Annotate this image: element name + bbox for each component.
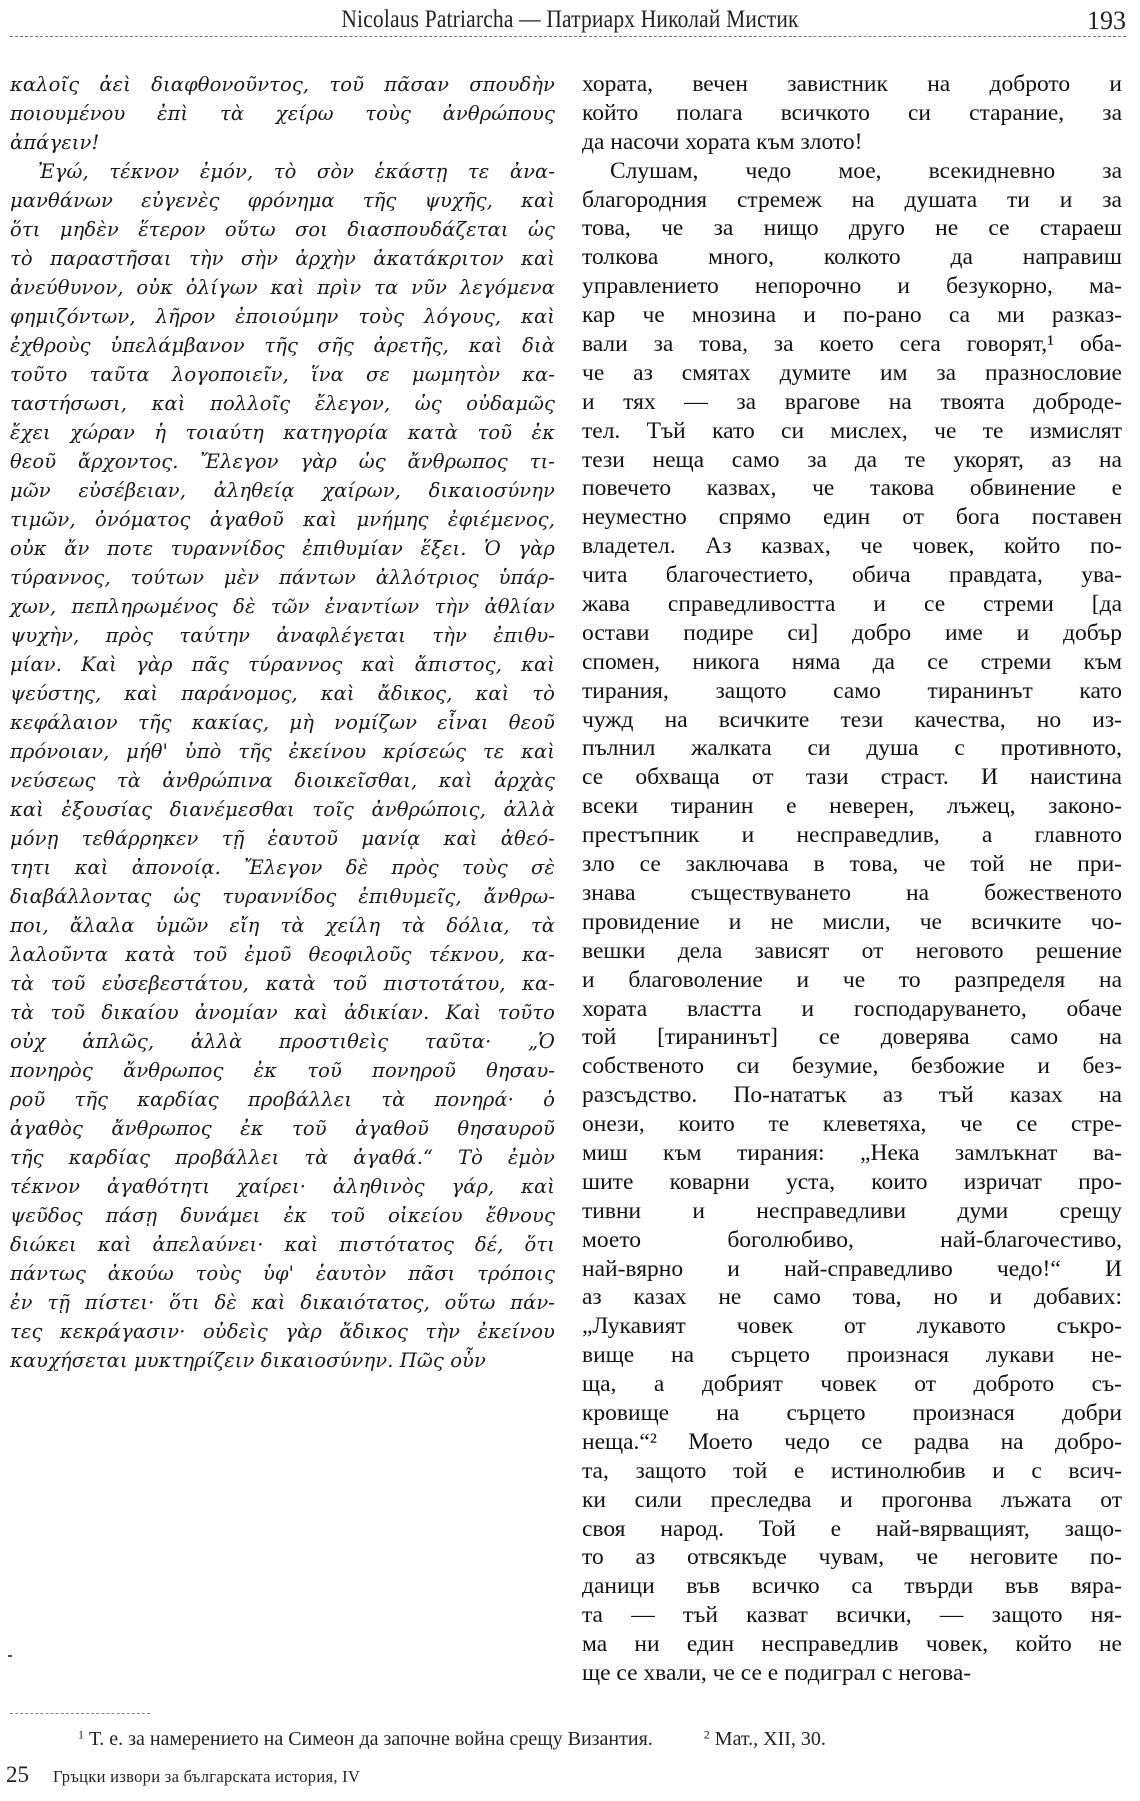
text-line: ще се хвали, че се е подиграл с негова- — [582, 1659, 1122, 1688]
text-line: неуместно спрямо един от бога поставен — [582, 503, 1122, 532]
running-head: Nicolaus Patriarcha — Патриарх Николай М… — [0, 6, 1140, 36]
text-line: ψυχὴν, πρὸς ταύτην ἀναφλέγεται τὴν ἐπιθυ… — [10, 621, 555, 650]
footnote-text: Т. е. за намерението на Симеон да започн… — [89, 1728, 653, 1750]
text-line: толкова много, колкото да направиш — [582, 243, 1122, 272]
text-line: и тях — за врагове на твоята доброде- — [582, 388, 1122, 417]
text-line: всеки тиранин е неверен, лъжец, законо- — [582, 792, 1122, 821]
text-line: даници във всичко са твърди във вяра- — [582, 1572, 1122, 1601]
text-line: спомен, никога няма да се стреми към — [582, 648, 1122, 677]
text-line: μανθάνων εὐγενὲς φρόνημα τῆς ψυχῆς, καὶ — [10, 186, 555, 215]
text-line: тирания, защото само тиранинът като — [582, 677, 1122, 706]
text-line: тел. Тъй като си мислех, че те измислят — [582, 417, 1122, 446]
text-line: τοῦτο ταῦτα λογοποιεῖν, ἵνα σε μωμητὸν κ… — [10, 360, 555, 389]
text-line: хората, вечен завистник на доброто и — [582, 70, 1122, 99]
header-rule — [10, 36, 1126, 37]
text-line: зло се заключава в това, че той не при- — [582, 850, 1122, 879]
footnote-text: Мат., XII, 30. — [715, 1728, 826, 1750]
text-line: ποι, ἄλαλα ὑμῶν εἴη τὰ χείλη τὰ δόλια, τ… — [10, 911, 555, 940]
text-line: жава справедливостта и се стреми [да — [582, 590, 1122, 619]
text-line: онези, които те клеветяха, че се стре- — [582, 1110, 1122, 1139]
text-line: ταστήσωσι, καὶ πολλοῖς ἔλεγον, ὡς οὐδαμῶ… — [10, 389, 555, 418]
footnote-2: 2 Мат., XII, 30. — [704, 1728, 826, 1750]
text-line: τέκνον ἀγαθότητι χαίρει· ἀληθινὸς γάρ, κ… — [10, 1172, 555, 1201]
text-line: та — тъй казват всички, — защото ня- — [582, 1601, 1122, 1630]
text-line: φημιζόντων, λῆρον ἐποιούμην τοὺς λόγους,… — [10, 302, 555, 331]
text-line: κεφάλαιον τῆς κακίας, μὴ νομίζων εἶναι θ… — [10, 708, 555, 737]
text-line: „Лукавият човек от лукавото съкро- — [582, 1312, 1122, 1341]
text-line: τητι καὶ ἀπονοίᾳ. Ἔλεγον δὲ πρὸς τοὺς σὲ — [10, 853, 555, 882]
text-line: τιμῶν, ὀνόματος ἀγαθοῦ καὶ μνήμης ἐφιέμε… — [10, 505, 555, 534]
text-line: καλοῖς ἀεὶ διαφθονοῦντος, τοῦ πᾶσαν σπου… — [10, 70, 555, 99]
text-line: τὸ παραστῆσαι τὴν σὴν ἀρχὴν ἀκατάκριτον … — [10, 244, 555, 273]
text-line: чужд на всичките тези качества, но из- — [582, 706, 1122, 735]
text-line: ὅτι μηδὲν ἕτερον οὕτω σοι διασπουδάζεται… — [10, 215, 555, 244]
text-line: то аз отвсякъде чувам, че неговите по- — [582, 1543, 1122, 1572]
text-line: διώκει καὶ ἀπελαύνει· καὶ πιστότατος δέ,… — [10, 1230, 555, 1259]
text-line: οὐχ ἁπλῶς, ἀλλὰ προστιθεὶς ταῦτα· „Ὁ — [10, 1027, 555, 1056]
text-line: ки сили преследва и прогонва лъжата от — [582, 1486, 1122, 1515]
text-line: който полага всичкото си старание, за — [582, 99, 1122, 128]
text-line: остави подире си] добро име и добър — [582, 619, 1122, 648]
text-line: ща, а добрият човек от доброто съ- — [582, 1370, 1122, 1399]
text-line: τες κεκράγασιν· οὐδεὶς γὰρ ἄδικος τὴν ἐκ… — [10, 1317, 555, 1346]
text-line: διαβάλλοντας ὡς τυραννίδος ἐπιθυμεῖς, ἄν… — [10, 882, 555, 911]
text-line: Слушам, чедо мое, всекидневно за — [582, 157, 1122, 186]
footnote-mark: 1 — [78, 1727, 84, 1741]
text-line: τὰ τοῦ δικαίου ἀνομίαν καὶ ἀδικίαν. Καὶ … — [10, 998, 555, 1027]
text-line: пълнил жалката си душа с противното, — [582, 734, 1122, 763]
running-title: Nicolaus Patriarcha — Патриарх Николай М… — [80, 6, 1060, 34]
text-line: Ἐγώ, τέκνον ἐμόν, τὸ σὸν ἑκάστῃ τε ἀνα- — [10, 157, 555, 186]
text-line: миш към тирания: „Нека замлъкнат ва- — [582, 1139, 1122, 1168]
text-line: че аз смятах думите им за празнословие — [582, 359, 1122, 388]
text-line: πάντως ἀκούω τοὺς ὑφ' ἑαυτὸν πᾶσι τρόποι… — [10, 1259, 555, 1288]
margin-mark — [8, 1655, 12, 1657]
text-line: μίαν. Καὶ γὰρ πᾶς τύραννος καὶ ἄπιστος, … — [10, 650, 555, 679]
text-line: се обхваща от тази страст. И наистина — [582, 763, 1122, 792]
text-line: неща.“² Моето чедо се радва на добро- — [582, 1428, 1122, 1457]
text-line: аз казах не само това, но и добавих: — [582, 1283, 1122, 1312]
text-line: τῆς καρδίας προβάλλει τὰ ἀγαθά.“ Τὸ ἐμὸν — [10, 1143, 555, 1172]
text-line: моето боголюбиво, най-благочестиво, — [582, 1226, 1122, 1255]
text-line: θεοῦ ἄρχοντος. Ἔλεγον γὰρ ὡς ἄνθρωπος τι… — [10, 447, 555, 476]
page-number: 193 — [1087, 6, 1126, 36]
text-line: най-вярно и най-справедливо чедо!“ И — [582, 1255, 1122, 1284]
text-line: ροῦ τῆς καρδίας προβάλλει τὰ πονηρά· ὁ — [10, 1085, 555, 1114]
text-line: разсъдство. По-нататък аз тъй казах на — [582, 1081, 1122, 1110]
text-line: οὐκ ἄν ποτε τυραννίδος ἐπιθυμίαν ἕξει. Ὁ… — [10, 534, 555, 563]
text-line: ἀγαθὸς ἄνθρωπος ἐκ τοῦ ἀγαθοῦ θησαυροῦ — [10, 1114, 555, 1143]
text-line: престъпник и несправедлив, а главното — [582, 821, 1122, 850]
footnote-rule — [10, 1713, 150, 1714]
text-line: собственото си безумие, безбожие и без- — [582, 1052, 1122, 1081]
greek-text-column: καλοῖς ἀεὶ διαφθονοῦντος, τοῦ πᾶσαν σπου… — [10, 70, 555, 1375]
text-line: νεύσεως τὰ ἀνθρώπινα διοικεῖσθαι, καὶ ἀρ… — [10, 766, 555, 795]
text-line: кровище на сърцето произнася добри — [582, 1399, 1122, 1428]
text-line: и благоволение и че то разпределя на — [582, 966, 1122, 995]
text-line: кар че мнозина и по-рано са ми разказ- — [582, 301, 1122, 330]
text-line: μῶν εὐσέβειαν, ἀληθείᾳ χαίρων, δικαιοσύν… — [10, 476, 555, 505]
text-line: μόνῃ τεθάρρηκεν τῇ ἑαυτοῦ μανίᾳ καὶ ἀθεό… — [10, 824, 555, 853]
text-line: ἐχθροὺς ὑπελάμβανον τῆς σῆς ἀρετῆς, καὶ … — [10, 331, 555, 360]
text-line: πονηρὸς ἄνθρωπος ἐκ τοῦ πονηροῦ θησαυ- — [10, 1056, 555, 1085]
text-line: той [тиранинът] се доверява само на — [582, 1023, 1122, 1052]
text-line: ψεύστης, καὶ παράνομος, καὶ ἄδικος, καὶ … — [10, 679, 555, 708]
text-line: вище на сърцето произнася лукави не- — [582, 1341, 1122, 1370]
text-line: тези неща само за да те укорят, аз на — [582, 446, 1122, 475]
text-line: владетел. Аз казвах, че човек, който по- — [582, 532, 1122, 561]
text-line: провидение и не мисли, че всичките чо- — [582, 908, 1122, 937]
text-line: благородния стремеж на душата ти и за — [582, 186, 1122, 215]
text-line: чита благочестието, обича правдата, ува- — [582, 561, 1122, 590]
text-line: шите коварни уста, които изричат про- — [582, 1168, 1122, 1197]
text-line: това, че за нищо друго не се стараеш — [582, 214, 1122, 243]
text-line: καυχήσεται μυκτηρίζειν δικαιοσύνην. Πῶς … — [10, 1346, 555, 1375]
text-line: тивни и несправедливи думи срещу — [582, 1197, 1122, 1226]
printer-signature: 25 Гръцки извори за българската история,… — [6, 1762, 360, 1788]
text-line: своя народ. Той е най-вярващият, защо- — [582, 1515, 1122, 1544]
text-line: ἔχει χώραν ἡ τοιαύτη κατηγορία κατὰ τοῦ … — [10, 418, 555, 447]
text-line: χων, πεπληρωμένος δὲ τῶν ἐναντίων τὴν ἀθ… — [10, 592, 555, 621]
footnote-mark: 2 — [704, 1727, 710, 1741]
footnote-1: 1 Т. е. за намерението на Симеон да запо… — [78, 1728, 653, 1750]
text-line: ἀνεύθυνον, οὐκ ὀλίγων καὶ πρὶν τα νῦν λε… — [10, 273, 555, 302]
text-line: ψεῦδος πάσῃ δυνάμει ἐκ τοῦ οἰκείου ἔθνου… — [10, 1201, 555, 1230]
text-line: ἐν τῇ πίστει· ὅτι δὲ καὶ δικαιότατος, οὕ… — [10, 1288, 555, 1317]
footnotes: 1 Т. е. за намерението на Симеон да запо… — [78, 1728, 1098, 1751]
text-line: да насочи хората към злото! — [582, 128, 1122, 157]
text-line: ἀπάγειν! — [10, 128, 555, 157]
text-line: повечето казвах, че такова обвинение е — [582, 474, 1122, 503]
text-line: вали за това, за което сега говорят,¹ об… — [582, 330, 1122, 359]
text-line: хората властта и господаруването, обаче — [582, 995, 1122, 1024]
text-line: ποιουμένου ἐπὶ τὰ χείρω τοὺς ἀνθρώπους — [10, 99, 555, 128]
text-line: λαλοῦντα κατὰ τοῦ ἐμοῦ θεοφιλοῦς τέκνου,… — [10, 940, 555, 969]
text-line: πρόνοιαν, μήθ' ὑπὸ τῆς ἐκείνου κρίσεώς τ… — [10, 737, 555, 766]
sheet-number: 25 — [6, 1762, 29, 1787]
bulgarian-translation-column: хората, вечен завистник на доброто икойт… — [582, 70, 1122, 1688]
text-line: вешки дела зависят от неговото решение — [582, 937, 1122, 966]
text-line: τὰ τοῦ εὐσεβεστάτου, κατὰ τοῦ πιστοτάτου… — [10, 969, 555, 998]
text-line: ма ни един несправедлив човек, който не — [582, 1630, 1122, 1659]
text-line: καὶ ἐξουσίας διανέμεσθαι τοῖς ἀνθρώποις,… — [10, 795, 555, 824]
text-line: управлението непорочно и безукорно, ма- — [582, 272, 1122, 301]
text-line: знава съществуването на божественото — [582, 879, 1122, 908]
text-line: τύραννος, τούτων μὲν πάντων ἀλλότριος ὑπ… — [10, 563, 555, 592]
series-title: Гръцки извори за българската история, IV — [53, 1767, 360, 1786]
text-line: та, защото той е истинолюбив и с всич- — [582, 1457, 1122, 1486]
